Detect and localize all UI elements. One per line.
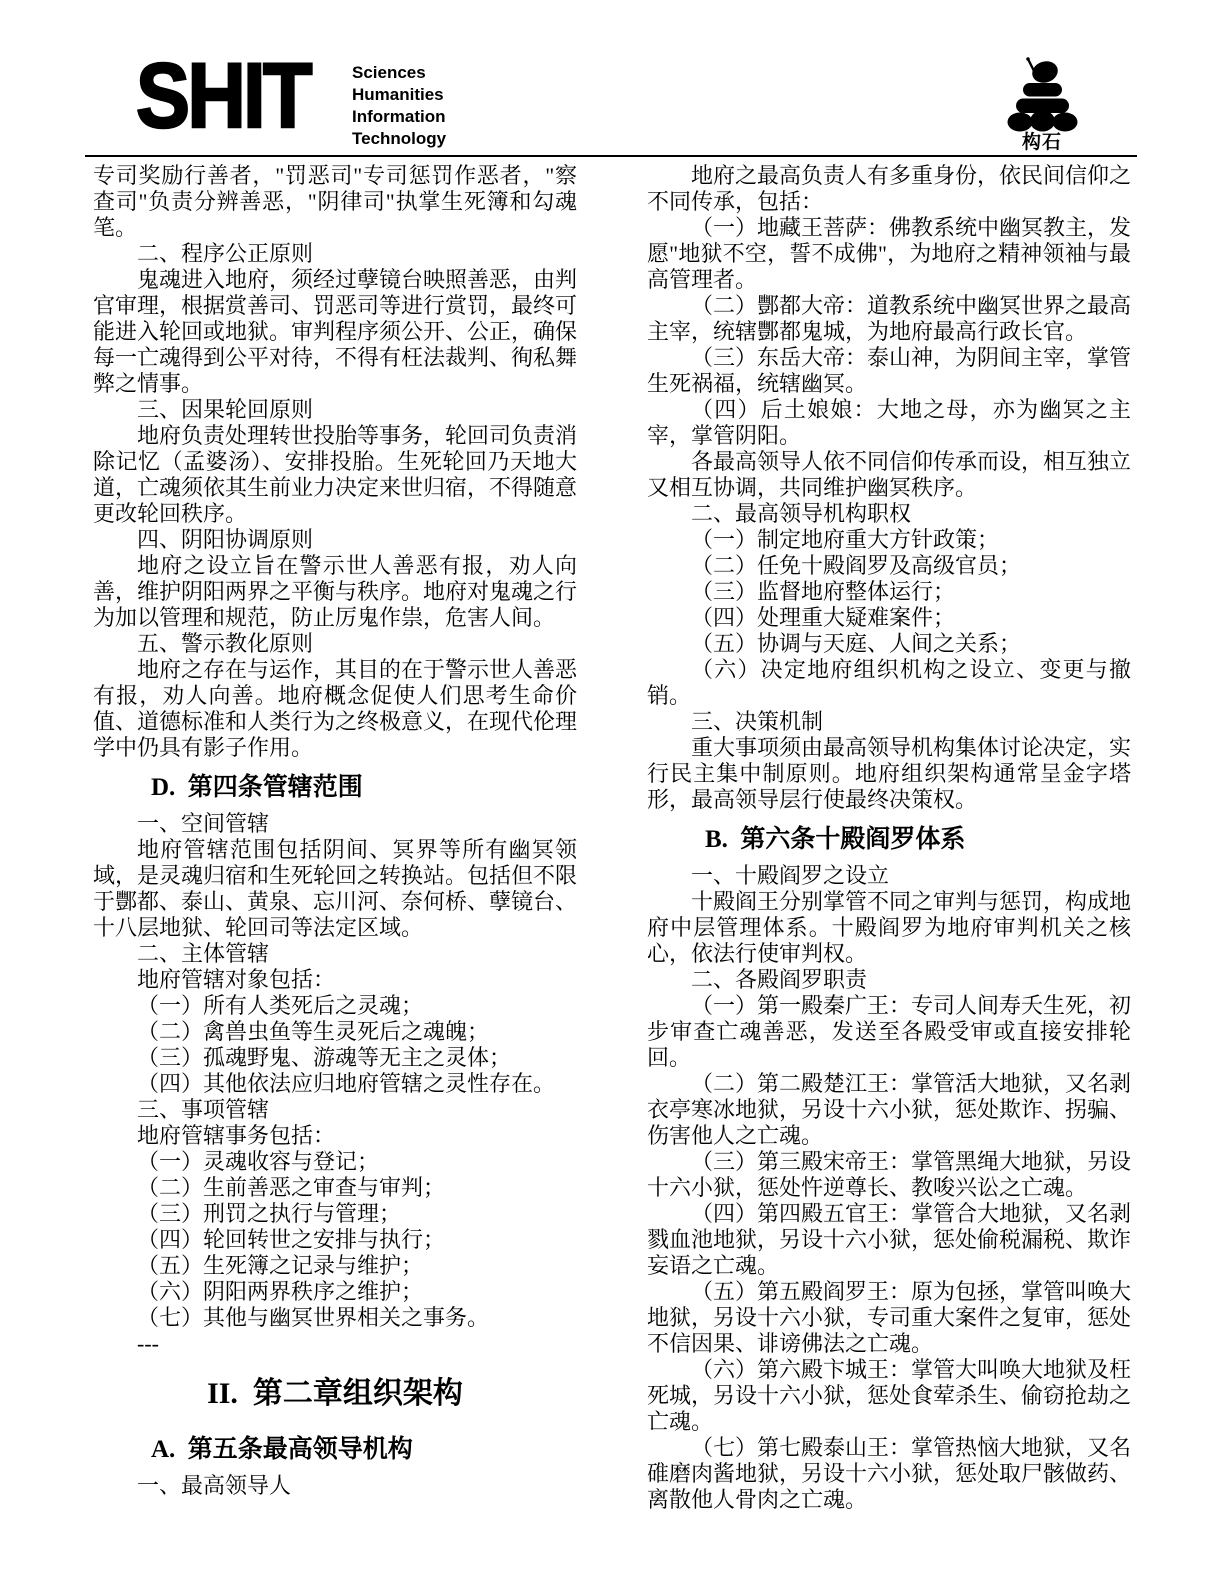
paragraph: （五）第五殿阎罗王：原为包拯，掌管叫唤大地狱，另设十六小狱，专司重大案件之复审，…	[647, 1279, 1131, 1357]
paragraph: 地府之最高负责人有多重身份，依民间信仰之不同传承，包括：	[647, 163, 1131, 215]
wordmark-subtext-line: Humanities	[352, 84, 446, 106]
paragraph: （二）禽兽虫鱼等生灵死后之魂魄；	[93, 1019, 577, 1045]
paragraph: 一、空间管辖	[93, 811, 577, 837]
paragraph: （四）后土娘娘：大地之母，亦为幽冥之主宰，掌管阴阳。	[647, 397, 1131, 449]
right-column: 地府之最高负责人有多重身份，依民间信仰之不同传承，包括：（一）地藏王菩萨：佛教系…	[647, 163, 1131, 1513]
paragraph: （四）处理重大疑难案件；	[647, 605, 1131, 631]
paragraph: 三、因果轮回原则	[93, 397, 577, 423]
paragraph: 一、十殿阎罗之设立	[647, 863, 1131, 889]
paragraph: （七）其他与幽冥世界相关之事务。	[93, 1305, 577, 1331]
header-divider	[85, 155, 1137, 157]
paragraph: （六）阴阳两界秩序之维护；	[93, 1279, 577, 1305]
paragraph: （五）协调与天庭、人间之关系；	[647, 631, 1131, 657]
paragraph: 一、最高领导人	[93, 1473, 577, 1499]
paragraph: （四）其他依法应归地府管辖之灵性存在。	[93, 1071, 577, 1097]
chapter-heading: II. 第二章组织架构	[93, 1377, 577, 1411]
paragraph: （二）任免十殿阎罗及高级官员；	[647, 553, 1131, 579]
paragraph: 五、警示教化原则	[93, 631, 577, 657]
paragraph: 十殿阎王分别掌管不同之审判与惩罚，构成地府中层管理体系。十殿阎罗为地府审判机关之…	[647, 889, 1131, 967]
subsection-heading: A. 第五条最高领导机构	[93, 1435, 577, 1465]
paragraph: 鬼魂进入地府，须经过孽镜台映照善恶，由判官审理，根据赏善司、罚恶司等进行赏罚，最…	[93, 267, 577, 397]
paragraph: 二、程序公正原则	[93, 241, 577, 267]
paragraph: （三）第三殿宋帝王：掌管黑绳大地狱，另设十六小狱，惩处忤逆尊长、教唆兴讼之亡魂。	[647, 1149, 1131, 1201]
paragraph: （三）东岳大帝：泰山神，为阴间主宰，掌管生死祸福，统辖幽冥。	[647, 345, 1131, 397]
paragraph: 地府管辖范围包括阴间、冥界等所有幽冥领域，是灵魂归宿和生死轮回之转换站。包括但不…	[93, 837, 577, 941]
left-column: 专司奖励行善者，"罚恶司"专司惩罚作恶者，"察查司"负责分辨善恶，"阴律司"执掌…	[93, 163, 577, 1513]
paragraph: 地府管辖事务包括：	[93, 1123, 577, 1149]
document-page: SHIT Sciences Humanities Information Tec…	[0, 0, 1224, 1584]
paragraph: 二、各殿阎罗职责	[647, 967, 1131, 993]
paragraph: （二）第二殿楚江王：掌管活大地狱，又名剥衣亭寒冰地狱，另设十六小狱，惩处欺诈、拐…	[647, 1071, 1131, 1149]
paragraph: （一）制定地府重大方针政策；	[647, 527, 1131, 553]
org-logo: 构石	[998, 56, 1086, 153]
shit-wordmark: SHIT	[136, 50, 310, 142]
org-logo-label: 构石	[998, 133, 1086, 153]
paragraph: （三）刑罚之执行与管理；	[93, 1201, 577, 1227]
paragraph: （六）决定地府组织机构之设立、变更与撤销。	[647, 657, 1131, 709]
paragraph: 地府之存在与运作，其目的在于警示世人善恶有报，劝人向善。地府概念促使人们思考生命…	[93, 657, 577, 761]
wordmark-subtext-line: Sciences	[352, 62, 446, 84]
paragraph: （二）生前善恶之审查与审判；	[93, 1175, 577, 1201]
paragraph: （四）轮回转世之安排与执行；	[93, 1227, 577, 1253]
paragraph: （五）生死簿之记录与维护；	[93, 1253, 577, 1279]
wordmark-subtext: Sciences Humanities Information Technolo…	[352, 62, 446, 150]
paragraph: 三、事项管辖	[93, 1097, 577, 1123]
paragraph: 二、主体管辖	[93, 941, 577, 967]
wordmark-subtext-line: Technology	[352, 128, 446, 150]
paragraph: （一）灵魂收容与登记；	[93, 1149, 577, 1175]
paragraph: （三）监督地府整体运行；	[647, 579, 1131, 605]
wordmark-subtext-line: Information	[352, 106, 446, 128]
paragraph: 各最高领导人依不同信仰传承而设，相互独立又相互协调，共同维护幽冥秩序。	[647, 449, 1131, 501]
paragraph: 地府负责处理转世投胎等事务，轮回司负责消除记忆（孟婆汤）、安排投胎。生死轮回乃天…	[93, 423, 577, 527]
stone-cairn-icon	[1005, 56, 1079, 132]
paragraph: ---	[93, 1331, 577, 1357]
paragraph: （七）第七殿泰山王：掌管热恼大地狱，又名碓磨肉酱地狱，另设十六小狱，惩处取尸骸做…	[647, 1435, 1131, 1513]
paragraph: （三）孤魂野鬼、游魂等无主之灵体；	[93, 1045, 577, 1071]
subsection-heading: D. 第四条管辖范围	[93, 773, 577, 803]
paragraph: 重大事项须由最高领导机构集体讨论决定，实行民主集中制原则。地府组织架构通常呈金字…	[647, 735, 1131, 813]
paragraph: 地府之设立旨在警示世人善恶有报，劝人向善，维护阴阳两界之平衡与秩序。地府对鬼魂之…	[93, 553, 577, 631]
subsection-heading: B. 第六条十殿阎罗体系	[647, 825, 1131, 855]
paragraph: 地府管辖对象包括：	[93, 967, 577, 993]
paragraph: 三、决策机制	[647, 709, 1131, 735]
paragraph: 二、最高领导机构职权	[647, 501, 1131, 527]
paragraph: （六）第六殿卞城王：掌管大叫唤大地狱及枉死城，另设十六小狱，惩处食荤杀生、偷窃抢…	[647, 1357, 1131, 1435]
paragraph: 专司奖励行善者，"罚恶司"专司惩罚作恶者，"察查司"负责分辨善恶，"阴律司"执掌…	[93, 163, 577, 241]
paragraph: （二）酆都大帝：道教系统中幽冥世界之最高主宰，统辖酆都鬼城，为地府最高行政长官。	[647, 293, 1131, 345]
paragraph: （四）第四殿五官王：掌管合大地狱，又名剥戮血池地狱，另设十六小狱，惩处偷税漏税、…	[647, 1201, 1131, 1279]
paragraph: （一）地藏王菩萨：佛教系统中幽冥教主，发愿"地狱不空，誓不成佛"，为地府之精神领…	[647, 215, 1131, 293]
paragraph: （一）所有人类死后之灵魂；	[93, 993, 577, 1019]
paragraph: （一）第一殿秦广王：专司人间寿夭生死，初步审查亡魂善恶，发送至各殿受审或直接安排…	[647, 993, 1131, 1071]
paragraph: 四、阴阳协调原则	[93, 527, 577, 553]
document-body: 专司奖励行善者，"罚恶司"专司惩罚作恶者，"察查司"负责分辨善恶，"阴律司"执掌…	[93, 163, 1131, 1513]
